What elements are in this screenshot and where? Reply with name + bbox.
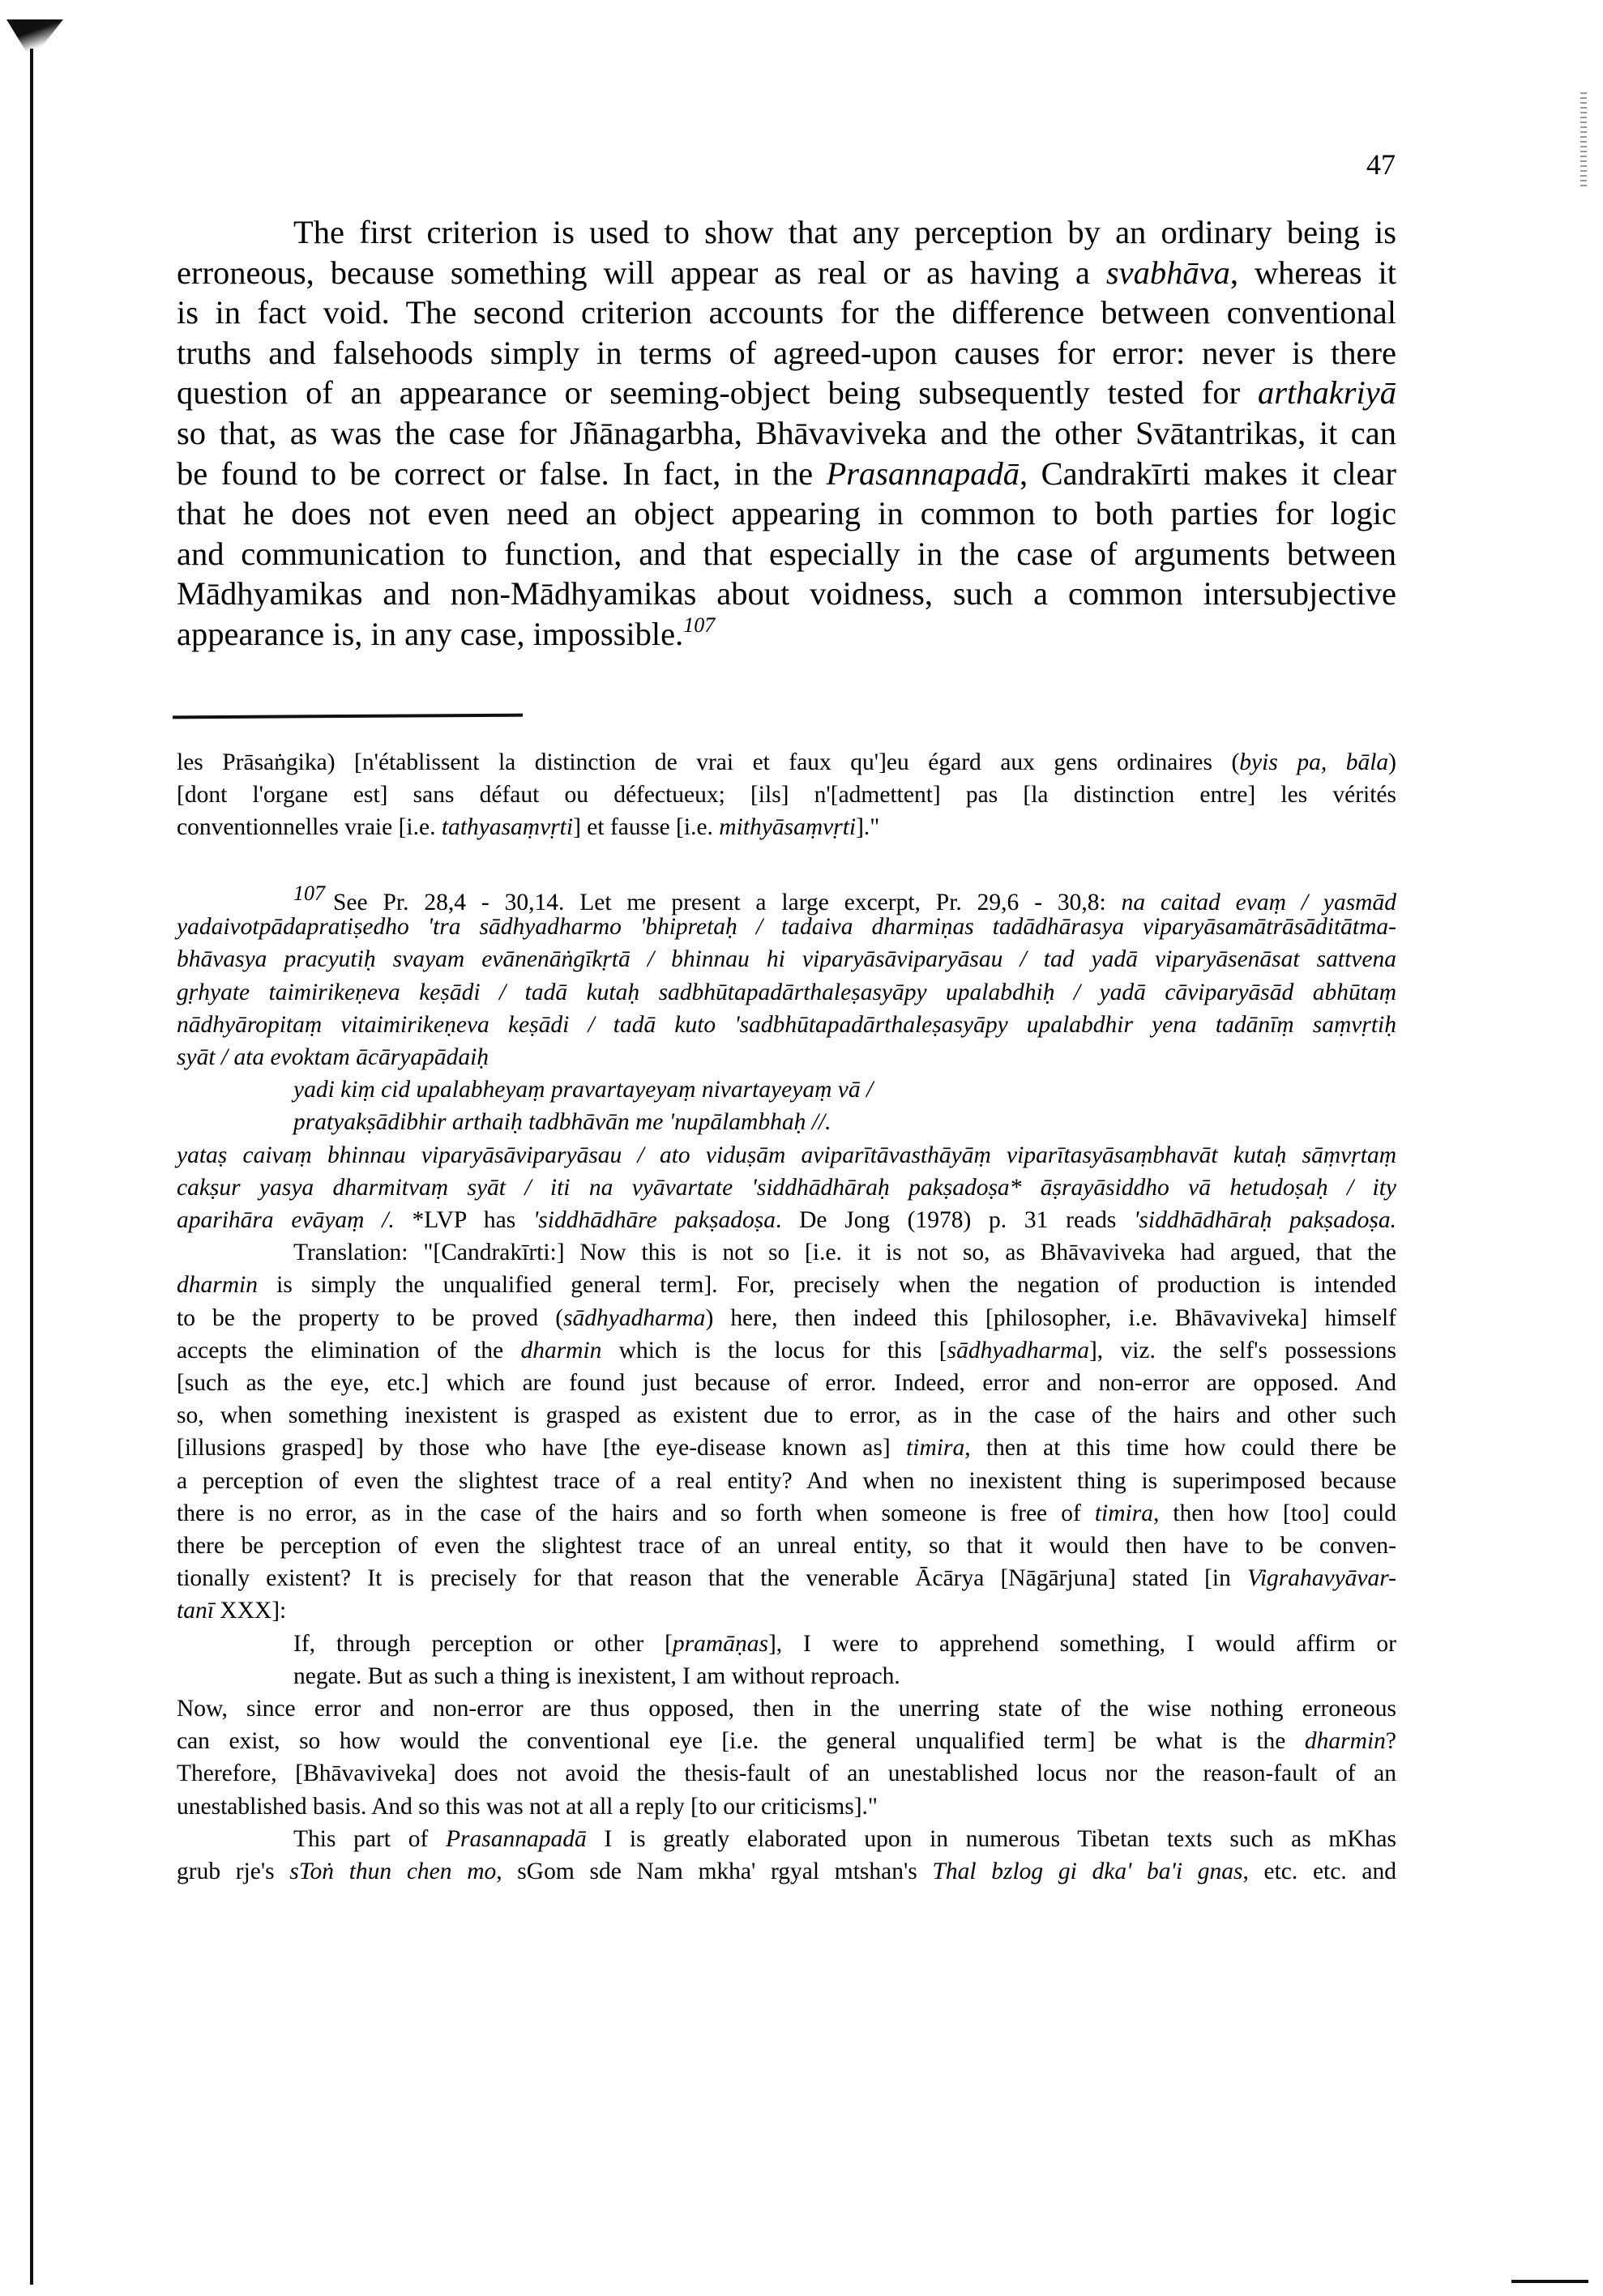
text-line: there is no error, as in the case of the… [177,1500,1396,1527]
text-line: gṛhyate taimirikeṇeva keṣādi / tadā kuta… [177,979,1396,1006]
text-line: to be the property to be proved (sādhyad… [177,1305,1396,1332]
text-run: so, when something inexistent is grasped… [177,1402,1396,1428]
text-run: that he does not even need an object app… [177,495,1396,531]
text-run: is simply the unqualified general term].… [258,1272,1396,1298]
verse-line: pratyakṣādibhir arthaiḥ tadbhāvān me 'nu… [293,1109,831,1136]
text-run: conventionnelles vraie [i.e. [177,814,442,840]
text-run: , then how [too] could [1153,1500,1396,1526]
text-line: The first criterion is used to show that… [293,213,1396,251]
italic-term: syāt / ata evoktam ācāryapādaiḥ [177,1044,489,1070]
text-line: nādhyāropitaṃ vitaimirikeṇeva keṣādi / t… [177,1012,1396,1039]
text-run: ], viz. the self's possessions [1089,1338,1396,1364]
text-run: See Pr. 28,4 - 30,14. Let me present a l… [333,890,1122,915]
footnote-number: 107 [293,881,325,905]
text-line: can exist, so how would the conventional… [177,1728,1396,1755]
text-line: cakṣur yasya dharmitvaṃ syāt / iti na vy… [177,1175,1396,1201]
italic-term: dharmin [177,1272,258,1298]
italic-term: arthakriyā [1258,374,1396,411]
italic-term: svabhāva [1106,254,1230,291]
italic-term: 'siddhādhāre pakṣadoṣa [533,1207,776,1233]
italic-term: pratyakṣādibhir arthaiḥ tadbhāvān me 'nu… [293,1109,831,1135]
text-run: I is greatly elaborated upon in numerous… [587,1826,1396,1852]
text-run: , sGom sde Nam mkha' rgyal mtshan's [496,1859,932,1884]
text-run: Now, since error and non-error are thus … [177,1696,1396,1722]
text-run: This part of [293,1826,446,1852]
text-run: accepts the elimination of the [177,1338,520,1364]
text-run: ] et fausse [i.e. [573,814,719,840]
text-line: grub rje's sToṅ thun chen mo, sGom sde N… [177,1859,1396,1885]
italic-term: sādhyadharma [563,1305,705,1331]
italic-term: yadi kiṃ cid upalabheyaṃ pravartayeyaṃ n… [293,1077,873,1103]
italic-term: timira [1095,1500,1153,1526]
italic-term: bhāvasya pracyutiḥ svayam evānenāṅgīkṛtā… [177,946,1396,972]
text-line: Therefore, [Bhāvaviveka] does not avoid … [177,1760,1396,1787]
text-run: can exist, so how would the conventional… [177,1728,1305,1754]
text-line: yadaivotpādapratiṣedho 'tra sādhyadharmo… [177,914,1396,941]
text-line: appearance is, in any case, impossible.1… [177,615,1396,653]
text-line: If, through perception or other [pramāṇa… [293,1631,1396,1658]
italic-term: mithyāsaṃvṛti [719,814,856,840]
text-run: truths and falsehoods simply in terms of… [177,335,1396,371]
text-line: accepts the elimination of the dharmin w… [177,1338,1396,1364]
text-line: This part of Prasannapadā I is greatly e… [293,1826,1396,1853]
italic-term: 'siddhādhāraḥ pakṣadoṣa. [1134,1207,1396,1233]
italic-term: dharmin [1305,1728,1386,1754]
text-line: [dont l'organe est] sans défaut ou défec… [177,782,1396,809]
italic-term: cakṣur yasya dharmitvaṃ syāt / iti na vy… [177,1175,1396,1201]
text-line: and communication to function, and that … [177,535,1396,573]
text-line: tanī XXX]: [177,1598,1396,1624]
text-run: ], I were to apprehend something, I woul… [768,1631,1396,1657]
text-run: tionally existent? It is precisely for t… [177,1565,1247,1591]
italic-term: yataṣ caivaṃ bhinnau viparyāsāviparyāsau… [177,1142,1396,1168]
scan-binding-shadow [6,19,63,52]
text-line: Now, since error and non-error are thus … [177,1696,1396,1722]
text-run: If, through perception or other [ [293,1631,673,1657]
text-run: is in fact void. The second criterion ac… [177,294,1396,331]
text-line: yataṣ caivaṃ bhinnau viparyāsāviparyāsau… [177,1142,1396,1169]
italic-term: Prasannapadā [446,1826,587,1852]
text-line: [illusions grasped] by those who have [t… [177,1435,1396,1462]
text-line: erroneous, because something will appear… [177,254,1396,292]
text-run: les Prāsaṅgika) [n'établissent la distin… [177,749,1239,775]
text-run: [such as the eye, etc.] which are found … [177,1370,1396,1396]
italic-term: tanī [177,1598,214,1624]
text-run: be found to be correct or false. In fact… [177,455,827,492]
text-run: there be perception of even the slightes… [177,1533,1396,1559]
italic-term: tathyasaṃvṛti [442,814,573,840]
footnote-reference[interactable]: 107 [683,613,715,637]
scan-bottom-mark [1511,2280,1588,2283]
text-line: a perception of even the slightest trace… [177,1468,1396,1495]
text-line: [such as the eye, etc.] which are found … [177,1370,1396,1397]
scan-binding-edge [30,49,33,2285]
italic-term: pramāṇas [673,1631,768,1657]
text-run: ? [1386,1728,1396,1754]
text-run: which is the locus for this [ [601,1338,947,1364]
text-run: to be the property to be proved ( [177,1305,563,1331]
text-run: ]." [856,814,879,840]
text-run: appearance is, in any case, impossible. [177,616,683,652]
text-run: a perception of even the slightest trace… [177,1468,1396,1494]
text-run: question of an appearance or seeming-obj… [177,374,1258,411]
text-line: Mādhyamikas and non-Mādhyamikas about vo… [177,574,1396,612]
text-run: , whereas it [1230,254,1396,291]
italic-term: byis pa, bāla [1239,749,1388,775]
text-run: , Candrakīrti makes it clear [1020,455,1396,492]
text-run: grub rje's [177,1859,289,1884]
text-run: Mādhyamikas and non-Mādhyamikas about vo… [177,575,1396,612]
text-line: les Prāsaṅgika) [n'établissent la distin… [177,749,1396,776]
text-run: erroneous, because something will appear… [177,254,1106,291]
footnote-separator-rule [173,714,523,719]
italic-term: Vigrahavyāvar- [1247,1565,1396,1591]
text-line: tionally existent? It is precisely for t… [177,1565,1396,1592]
italic-term: aparihāra evāyaṃ /. [177,1207,395,1233]
text-run: [dont l'organe est] sans défaut ou défec… [177,782,1396,808]
italic-term: timira [906,1435,964,1461]
verse-line: yadi kiṃ cid upalabheyaṃ pravartayeyaṃ n… [293,1077,873,1103]
italic-term: yadaivotpādapratiṣedho 'tra sādhyadharmo… [177,914,1396,940]
text-line: truths and falsehoods simply in terms of… [177,334,1396,372]
text-run: ) here, then indeed this [philosopher, i… [705,1305,1396,1331]
text-run: ) [1388,749,1396,775]
text-line: bhāvasya pracyutiḥ svayam evānenāṅgīkṛtā… [177,946,1396,973]
text-line: aparihāra evāyaṃ /. *LVP has 'siddhādhār… [177,1207,1396,1234]
verse-line: negate. But as such a thing is inexisten… [293,1663,900,1690]
italic-term: Thal bzlog gi dka' ba'i gnas [932,1859,1242,1884]
text-run: , then at this time how could there be [964,1435,1396,1461]
italic-term: Prasannapadā [827,455,1020,492]
text-run: so that, as was the case for Jñānagarbha… [177,415,1396,451]
text-line: Translation: "[Candrakīrti:] Now this is… [293,1240,1396,1266]
text-run: Translation: "[Candrakīrti:] Now this is… [293,1240,1396,1265]
text-run: *LVP has [395,1207,533,1233]
text-line: question of an appearance or seeming-obj… [177,373,1396,412]
italic-term: sādhyadharma [947,1338,1089,1364]
text-line: there be perception of even the slightes… [177,1533,1396,1560]
scan-edge-noise [1580,89,1587,186]
italic-term: nādhyāropitaṃ vitaimirikeṇeva keṣādi / t… [177,1012,1396,1038]
text-line: conventionnelles vraie [i.e. tathyasaṃvṛ… [177,814,1396,841]
text-line: that he does not even need an object app… [177,494,1396,532]
text-run: negate. But as such a thing is inexisten… [293,1663,900,1689]
italic-term: gṛhyate taimirikeṇeva keṣādi / tadā kuta… [177,979,1396,1005]
text-line: be found to be correct or false. In fact… [177,455,1396,493]
italic-term: sToṅ thun chen mo [289,1859,496,1884]
italic-term: dharmin [520,1338,601,1364]
text-run: The first criterion is used to show that… [293,214,1396,250]
text-run: [illusions grasped] by those who have [t… [177,1435,906,1461]
text-run: and communication to function, and that … [177,536,1396,572]
text-line: 107See Pr. 28,4 - 30,14. Let me present … [293,881,1396,916]
page-number: 47 [1366,147,1396,181]
italic-term: na caitad evaṃ / yasmād [1122,890,1396,915]
text-line: is in fact void. The second criterion ac… [177,293,1396,331]
text-line: dharmin is simply the unqualified genera… [177,1272,1396,1299]
text-line: so, when something inexistent is grasped… [177,1402,1396,1429]
text-run: there is no error, as in the case of the… [177,1500,1095,1526]
text-line: syāt / ata evoktam ācāryapādaiḥ [177,1044,1396,1071]
text-run: Therefore, [Bhāvaviveka] does not avoid … [177,1760,1396,1786]
text-line: unestablished basis. And so this was not… [177,1794,1396,1820]
scanned-page: 47 The first criterion is used to show t… [0,0,1603,2296]
text-run: XXX]: [214,1598,286,1624]
text-run: unestablished basis. And so this was not… [177,1794,878,1820]
text-run: , etc. etc. and [1242,1859,1396,1884]
text-line: so that, as was the case for Jñānagarbha… [177,414,1396,452]
text-run: . De Jong (1978) p. 31 reads [776,1207,1134,1233]
